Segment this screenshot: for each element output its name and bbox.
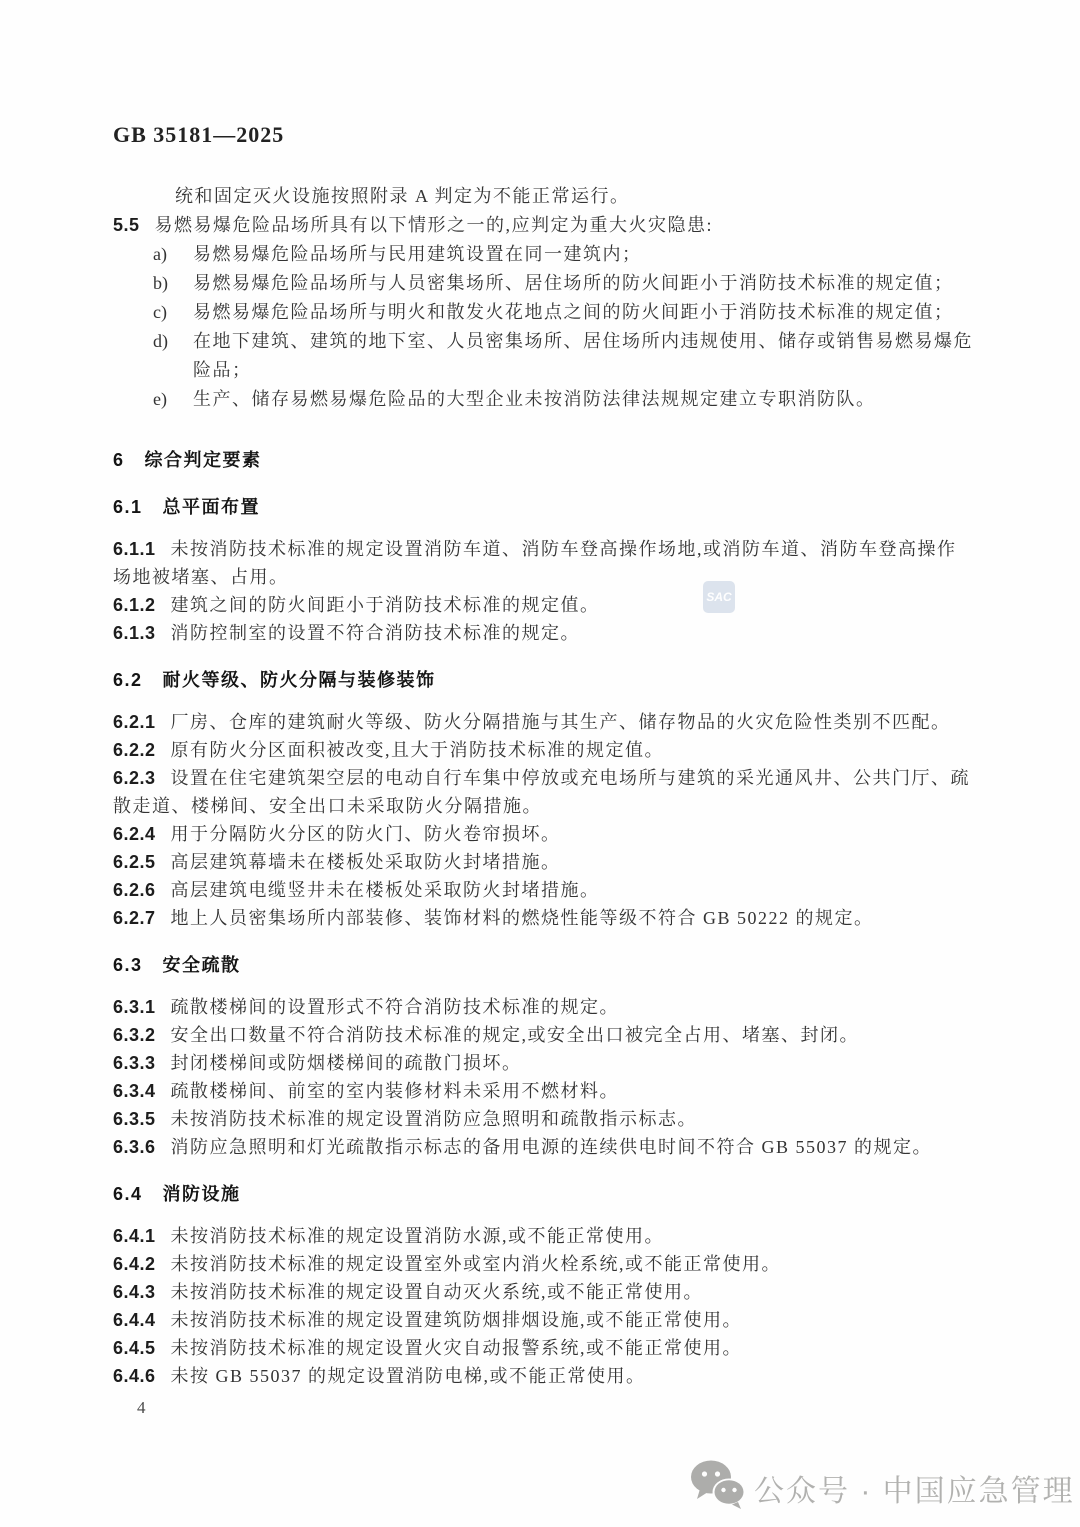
- section-title: 安全疏散: [163, 955, 241, 975]
- clause-number: 6.1.2: [113, 595, 156, 615]
- clause-number: 6.4.5: [113, 1338, 156, 1358]
- section-6-1: 6.1总平面布置 6.1.1未按消防技术标准的规定设置消防车道、消防车登高操作场…: [113, 493, 973, 647]
- clause-number: 6.3.5: [113, 1109, 156, 1129]
- section-number: 6.3: [113, 955, 143, 975]
- clause-number: 6.2.5: [113, 852, 156, 872]
- clause-number: 6.3.4: [113, 1081, 156, 1101]
- clause-text: 疏散楼梯间的设置形式不符合消防技术标准的规定。: [171, 997, 620, 1017]
- clause-text: 原有防火分区面积被改变,且大于消防技术标准的规定值。: [171, 740, 665, 760]
- clause-6-1-1: 6.1.1未按消防技术标准的规定设置消防车道、消防车登高操作场地,或消防车道、消…: [113, 535, 973, 591]
- page-number: 4: [137, 1398, 146, 1418]
- clause-number: 6.2.1: [113, 712, 156, 732]
- list-item-text: 易燃易爆危险品场所与人员密集场所、居住场所的防火间距小于消防技术标准的规定值；: [193, 269, 973, 298]
- clause-6-2-7: 6.2.7地上人员密集场所内部装修、装饰材料的燃烧性能等级不符合 GB 5022…: [113, 904, 973, 932]
- section-6-2: 6.2耐火等级、防火分隔与装修装饰 6.2.1厂房、仓库的建筑耐火等级、防火分隔…: [113, 666, 973, 932]
- clause-text: 封闭楼梯间或防烟楼梯间的疏散门损坏。: [171, 1053, 522, 1073]
- clause-number: 6.2.6: [113, 880, 156, 900]
- list-item-text: 生产、储存易燃易爆危险品的大型企业未按消防法律法规规定建立专职消防队。: [193, 385, 973, 414]
- clause-number: 5.5: [113, 215, 140, 235]
- list-item-text: 易燃易爆危险品场所与明火和散发火花地点之间的防火间距小于消防技术标准的规定值；: [193, 298, 973, 327]
- clause-6-3-3: 6.3.3封闭楼梯间或防烟楼梯间的疏散门损坏。: [113, 1049, 973, 1077]
- section-6-4-heading: 6.4消防设施: [113, 1180, 973, 1208]
- clause-text: 厂房、仓库的建筑耐火等级、防火分隔措施与其生产、储存物品的火灾危险性类别不匹配。: [171, 712, 951, 732]
- section-title: 总平面布置: [163, 497, 261, 517]
- clause-text: 未按消防技术标准的规定设置建筑防烟排烟设施,或不能正常使用。: [171, 1310, 743, 1330]
- clause-text: 高层建筑幕墙未在楼板处采取防火封堵措施。: [171, 852, 561, 872]
- list-item: b)易燃易爆危险品场所与人员密集场所、居住场所的防火间距小于消防技术标准的规定值…: [113, 269, 973, 298]
- clause-text: 未按 GB 55037 的规定设置消防电梯,或不能正常使用。: [171, 1366, 646, 1386]
- wechat-icon: [690, 1460, 746, 1515]
- clause-6-3-2: 6.3.2安全出口数量不符合消防技术标准的规定,或安全出口被完全占用、堵塞、封闭…: [113, 1021, 973, 1049]
- clause-text: 用于分隔防火分区的防火门、防火卷帘损坏。: [171, 824, 561, 844]
- list-item-text: 在地下建筑、建筑的地下室、人员密集场所、居住场所内违规使用、储存或销售易燃易爆危…: [193, 327, 973, 385]
- clause-6-2-6: 6.2.6高层建筑电缆竖井未在楼板处采取防火封堵措施。: [113, 876, 973, 904]
- list-marker: e): [153, 385, 193, 414]
- clause-6-2-2: 6.2.2原有防火分区面积被改变,且大于消防技术标准的规定值。: [113, 736, 973, 764]
- clause-6-3-1: 6.3.1疏散楼梯间的设置形式不符合消防技术标准的规定。: [113, 993, 973, 1021]
- section-6-3-heading: 6.3安全疏散: [113, 951, 973, 979]
- clause-6-1-3: 6.1.3消防控制室的设置不符合消防技术标准的规定。: [113, 619, 973, 647]
- sac-watermark-badge: SAC: [703, 581, 735, 613]
- hazard-list: a)易燃易爆危险品场所与民用建筑设置在同一建筑内； b)易燃易爆危险品场所与人员…: [113, 240, 973, 414]
- clause-6-4-5: 6.4.5未按消防技术标准的规定设置火灾自动报警系统,或不能正常使用。: [113, 1334, 973, 1362]
- clause-6-2-5: 6.2.5高层建筑幕墙未在楼板处采取防火封堵措施。: [113, 848, 973, 876]
- clause-6-2-3: 6.2.3设置在住宅建筑架空层的电动自行车集中停放或充电场所与建筑的采光通风井、…: [113, 764, 973, 820]
- chapter-number: 6: [113, 450, 125, 470]
- list-item: a)易燃易爆危险品场所与民用建筑设置在同一建筑内；: [113, 240, 973, 269]
- list-item: c)易燃易爆危险品场所与明火和散发火花地点之间的防火间距小于消防技术标准的规定值…: [113, 298, 973, 327]
- clause-6-4-1: 6.4.1未按消防技术标准的规定设置消防水源,或不能正常使用。: [113, 1222, 973, 1250]
- chapter-6-heading: 6综合判定要素: [113, 446, 973, 474]
- clause-6-3-6: 6.3.6消防应急照明和灯光疏散指示标志的备用电源的连续供电时间不符合 GB 5…: [113, 1133, 973, 1161]
- clause-number: 6.1.3: [113, 623, 156, 643]
- clause-text: 地上人员密集场所内部装修、装饰材料的燃烧性能等级不符合 GB 50222 的规定…: [171, 908, 874, 928]
- clause-number: 6.4.1: [113, 1226, 156, 1246]
- wechat-watermark-label: 公众号 · 中国应急管理: [754, 1466, 1075, 1510]
- wechat-watermark: 公众号 · 中国应急管理: [690, 1460, 1075, 1515]
- list-marker: a): [153, 240, 193, 269]
- clause-text: 安全出口数量不符合消防技术标准的规定,或安全出口被完全占用、堵塞、封闭。: [171, 1025, 860, 1045]
- clause-text: 未按消防技术标准的规定设置消防水源,或不能正常使用。: [171, 1226, 665, 1246]
- clause-6-2-1: 6.2.1厂房、仓库的建筑耐火等级、防火分隔措施与其生产、储存物品的火灾危险性类…: [113, 708, 973, 736]
- list-marker: c): [153, 298, 193, 327]
- clause-text: 消防控制室的设置不符合消防技术标准的规定。: [171, 623, 581, 643]
- clause-6-3-5: 6.3.5未按消防技术标准的规定设置消防应急照明和疏散指示标志。: [113, 1105, 973, 1133]
- section-6-1-heading: 6.1总平面布置: [113, 493, 973, 521]
- clause-number: 6.3.3: [113, 1053, 156, 1073]
- clause-6-4-6: 6.4.6未按 GB 55037 的规定设置消防电梯,或不能正常使用。: [113, 1362, 973, 1390]
- clause-number: 6.3.6: [113, 1137, 156, 1157]
- clause-text: 未按消防技术标准的规定设置消防车道、消防车登高操作场地,或消防车道、消防车登高操…: [113, 539, 957, 587]
- clause-6-3-4: 6.3.4疏散楼梯间、前室的室内装修材料未采用不燃材料。: [113, 1077, 973, 1105]
- clause-number: 6.2.3: [113, 768, 156, 788]
- chapter-title: 综合判定要素: [145, 450, 262, 470]
- clause-6-4-2: 6.4.2未按消防技术标准的规定设置室外或室内消火栓系统,或不能正常使用。: [113, 1250, 973, 1278]
- clause-6-4-4: 6.4.4未按消防技术标准的规定设置建筑防烟排烟设施,或不能正常使用。: [113, 1306, 973, 1334]
- list-marker: d): [153, 327, 193, 385]
- list-item: e)生产、储存易燃易爆危险品的大型企业未按消防法律法规规定建立专职消防队。: [113, 385, 973, 414]
- clause-6-1-2: 6.1.2建筑之间的防火间距小于消防技术标准的规定值。: [113, 591, 973, 619]
- clause-6-4-3: 6.4.3未按消防技术标准的规定设置自动灭火系统,或不能正常使用。: [113, 1278, 973, 1306]
- section-title: 耐火等级、防火分隔与装修装饰: [163, 670, 436, 690]
- clause-number: 6.4.6: [113, 1366, 156, 1386]
- document-page: GB 35181—2025 统和固定灭火设施按照附录 A 判定为不能正常运行。 …: [0, 0, 1080, 1527]
- clause-number: 6.2.7: [113, 908, 156, 928]
- section-number: 6.2: [113, 670, 143, 690]
- section-title: 消防设施: [163, 1184, 241, 1204]
- clause-number: 6.4.2: [113, 1254, 156, 1274]
- clause-text: 未按消防技术标准的规定设置消防应急照明和疏散指示标志。: [171, 1109, 698, 1129]
- clause-text: 消防应急照明和灯光疏散指示标志的备用电源的连续供电时间不符合 GB 55037 …: [171, 1137, 933, 1157]
- clause-text: 未按消防技术标准的规定设置火灾自动报警系统,或不能正常使用。: [171, 1338, 743, 1358]
- section-6-2-heading: 6.2耐火等级、防火分隔与装修装饰: [113, 666, 973, 694]
- paragraph-continuation: 统和固定灭火设施按照附录 A 判定为不能正常运行。: [113, 182, 973, 211]
- clause-number: 6.4.3: [113, 1282, 156, 1302]
- clause-text: 高层建筑电缆竖井未在楼板处采取防火封堵措施。: [171, 880, 600, 900]
- document-body: 统和固定灭火设施按照附录 A 判定为不能正常运行。 5.5易燃易爆危险品场所具有…: [113, 150, 973, 1390]
- list-marker: b): [153, 269, 193, 298]
- clause-5-5: 5.5易燃易爆危险品场所具有以下情形之一的,应判定为重大火灾隐患:: [113, 211, 973, 240]
- clause-number: 6.3.2: [113, 1025, 156, 1045]
- clause-6-2-4: 6.2.4用于分隔防火分区的防火门、防火卷帘损坏。: [113, 820, 973, 848]
- clause-text: 易燃易爆危险品场所具有以下情形之一的,应判定为重大火灾隐患:: [155, 215, 714, 235]
- section-number: 6.1: [113, 497, 143, 517]
- section-6-3: 6.3安全疏散 6.3.1疏散楼梯间的设置形式不符合消防技术标准的规定。 6.3…: [113, 951, 973, 1161]
- section-6-4: 6.4消防设施 6.4.1未按消防技术标准的规定设置消防水源,或不能正常使用。 …: [113, 1180, 973, 1390]
- clause-text: 设置在住宅建筑架空层的电动自行车集中停放或充电场所与建筑的采光通风井、公共门厅、…: [113, 768, 970, 816]
- clause-number: 6.4.4: [113, 1310, 156, 1330]
- clause-number: 6.3.1: [113, 997, 156, 1017]
- sac-watermark-label: SAC: [706, 590, 731, 604]
- clause-text: 疏散楼梯间、前室的室内装修材料未采用不燃材料。: [171, 1081, 620, 1101]
- clause-text: 未按消防技术标准的规定设置自动灭火系统,或不能正常使用。: [171, 1282, 704, 1302]
- clause-number: 6.1.1: [113, 539, 156, 559]
- list-item-text: 易燃易爆危险品场所与民用建筑设置在同一建筑内；: [193, 240, 973, 269]
- clause-text: 未按消防技术标准的规定设置室外或室内消火栓系统,或不能正常使用。: [171, 1254, 782, 1274]
- section-number: 6.4: [113, 1184, 143, 1204]
- clause-text: 建筑之间的防火间距小于消防技术标准的规定值。: [171, 595, 600, 615]
- list-item: d)在地下建筑、建筑的地下室、人员密集场所、居住场所内违规使用、储存或销售易燃易…: [113, 327, 973, 385]
- standard-code-header: GB 35181—2025: [113, 122, 284, 148]
- clause-number: 6.2.2: [113, 740, 156, 760]
- clause-number: 6.2.4: [113, 824, 156, 844]
